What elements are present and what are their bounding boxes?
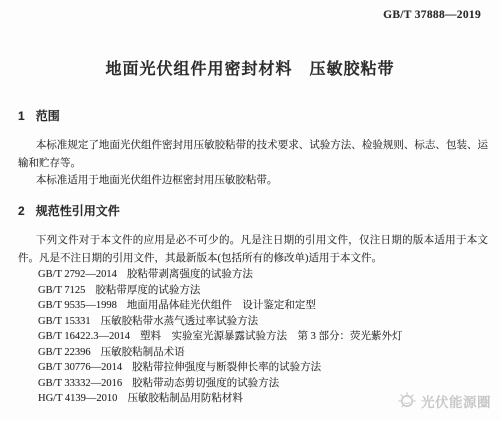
reference-code: HG/T 4139—2010: [38, 393, 117, 404]
scope-paragraph-1: 本标准规定了地面光伏组件密封用压敏胶粘带的技术要求、试验方法、检验规则、标志、包…: [18, 137, 488, 172]
reference-code: GB/T 16422.3—2014: [38, 331, 130, 342]
reference-item: GB/T 9535—1998地面用晶体硅光伏组件 设计鉴定和定型: [38, 298, 490, 314]
references-intro-paragraph: 下列文件对于本文件的应用是必不可少的。凡是注日期的引用文件，仅注日期的版本适用于…: [18, 232, 488, 267]
document-title: 地面光伏组件用密封材料 压敏胶粘带: [0, 56, 500, 79]
section-heading-references: 2规范性引用文件: [18, 202, 120, 219]
reference-title: 胶粘带动态剪切强度的试验方法: [132, 378, 279, 389]
reference-title: 压敏胶粘制品用防粘材料: [127, 393, 243, 404]
references-intro: 下列文件对于本文件的应用是必不可少的。凡是注日期的引用文件，仅注日期的版本适用于…: [18, 232, 488, 267]
reference-code: GB/T 15331: [38, 316, 91, 327]
reference-item: GB/T 2792—2014胶粘带剥离强度的试验方法: [38, 267, 490, 283]
standard-number: GB/T 37888—2019: [383, 9, 481, 21]
section-heading-label: 范围: [36, 109, 60, 123]
reference-title: 压敏胶粘带水蒸气透过率试验方法: [101, 316, 259, 327]
section-heading-scope: 1范围: [18, 107, 60, 124]
reference-title: 胶粘带厚度的试验方法: [95, 285, 200, 296]
reference-code: GB/T 7125: [38, 285, 85, 296]
reference-title: 压敏胶粘制品术语: [101, 347, 185, 358]
references-list: GB/T 2792—2014胶粘带剥离强度的试验方法 GB/T 7125胶粘带厚…: [38, 267, 490, 407]
scope-paragraphs: 本标准规定了地面光伏组件密封用压敏胶粘带的技术要求、试验方法、检验规则、标志、包…: [18, 137, 488, 190]
watermark: 光伏能源圈: [398, 391, 491, 411]
reference-title: 胶粘带拉伸强度与断裂伸长率的试验方法: [132, 362, 321, 373]
reference-item: GB/T 16422.3—2014塑料 实验室光源暴露试验方法 第 3 部分：荧…: [38, 329, 490, 345]
watermark-label: 光伏能源圈: [421, 391, 491, 411]
reference-item: GB/T 22396压敏胶粘制品术语: [38, 345, 490, 361]
sun-logo-icon: [398, 392, 421, 410]
section-number: 2: [18, 204, 25, 218]
section-heading-label: 规范性引用文件: [36, 204, 120, 218]
scope-paragraph-2: 本标准适用于地面光伏组件边框密封用压敏胶粘带。: [18, 172, 488, 190]
reference-item: GB/T 7125胶粘带厚度的试验方法: [38, 283, 490, 299]
reference-title: 胶粘带剥离强度的试验方法: [127, 269, 253, 280]
reference-code: GB/T 30776—2014: [38, 362, 122, 373]
reference-title: 地面用晶体硅光伏组件 设计鉴定和定型: [127, 300, 316, 311]
reference-item: GB/T 15331压敏胶粘带水蒸气透过率试验方法: [38, 314, 490, 330]
document-page: GB/T 37888—2019 地面光伏组件用密封材料 压敏胶粘带 1范围 本标…: [0, 0, 500, 421]
reference-code: GB/T 33332—2016: [38, 378, 122, 389]
reference-code: GB/T 22396: [38, 347, 91, 358]
reference-code: GB/T 2792—2014: [38, 269, 117, 280]
reference-code: GB/T 9535—1998: [38, 300, 117, 311]
reference-item: GB/T 30776—2014胶粘带拉伸强度与断裂伸长率的试验方法: [38, 360, 490, 376]
reference-title: 塑料 实验室光源暴露试验方法 第 3 部分：荧光紫外灯: [140, 331, 403, 342]
section-number: 1: [18, 109, 25, 123]
reference-item: GB/T 33332—2016胶粘带动态剪切强度的试验方法: [38, 376, 490, 392]
